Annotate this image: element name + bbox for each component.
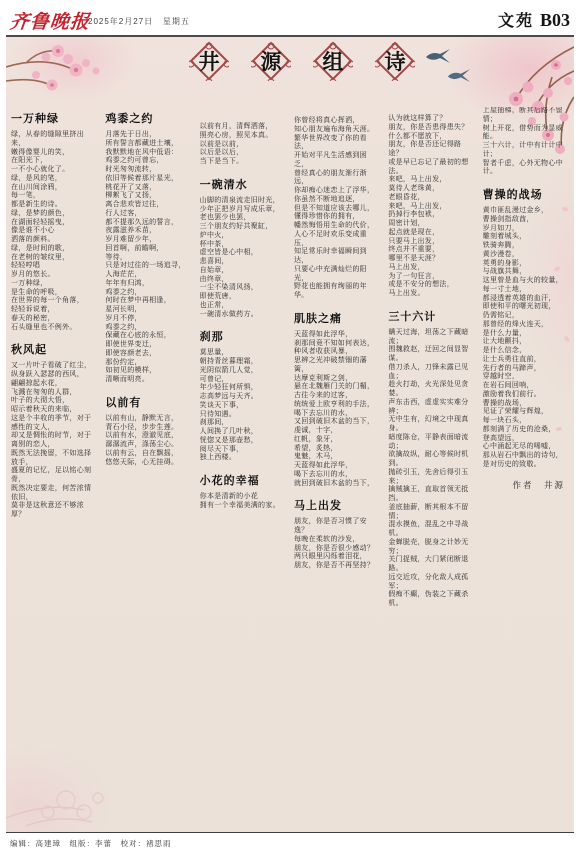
- poem-line: 人海茫茫，: [105, 271, 191, 280]
- section-name: 文苑: [498, 13, 534, 30]
- poem-line: 刹那间竟不知如何表达，: [294, 340, 380, 349]
- poem-block: 鸡黍之约月落先于日出，所有誓言都藏进土壤，我默默地在风中低语：鸡黍之约可曾忘，时…: [105, 110, 191, 385]
- poem-line: 等待，: [105, 254, 191, 263]
- newspaper-logo: 齐鲁晚报: [9, 7, 92, 34]
- poem-line: 即使和平的曙光初现，: [483, 303, 569, 312]
- poem-line: 心中涌起无尽的唏嘘，: [483, 443, 569, 452]
- poem-block: 上屋抽梯，断其后路不留情；树上开花，借势而为显威能。三十六计，计中有计计中计；智…: [483, 107, 569, 177]
- poem-line: 可曾记，: [200, 376, 286, 385]
- poem-line: 都是新生的诗。: [11, 201, 97, 210]
- poem-line: 喝下去忘川的水，: [294, 410, 380, 419]
- poem-column: 一万种绿绿，从春的缝隙里挤出来，嫩得像婴儿的笑，在阳光下，一不小心就化了。绿，是…: [11, 107, 97, 802]
- poem-line: 恍惚又是那壶愁，: [200, 437, 286, 446]
- poem-line: 这是个丰收的季节，对于感性的文人，: [11, 415, 97, 433]
- poem-column: 你曾经将真心挥洒，知心朋友遍布海角天涯。繁华世界改变了你的看法，开始对平凡生活感…: [294, 107, 380, 802]
- poem-line: 少年正把岁月写成乐章，: [200, 206, 286, 215]
- poem-line: 即使世界变迁，: [105, 341, 191, 350]
- poem-line: 在岩石间回响，: [483, 382, 569, 391]
- poem-line: 行人过客，: [105, 210, 191, 219]
- poem-line: 轻轻诉说着，: [11, 306, 97, 315]
- poem-line: 如初见的模样，: [105, 367, 191, 376]
- poem-line: 以前有云，自在飘摇，: [105, 450, 191, 459]
- masthead-char: 组: [313, 41, 353, 81]
- poem-line: 绿，是梦的颜色，: [11, 210, 97, 219]
- poem-line: 三十六计，计中有计计中计；: [483, 142, 569, 160]
- poem-line: 这里曾是血与火的较量，: [483, 277, 569, 286]
- poem-line: 瞒天过海，坦荡之下藏暗流；: [388, 329, 474, 347]
- poem-line: 每一块石头，: [483, 417, 569, 426]
- poem-columns: 一万种绿绿，从春的缝隙里挤出来，嫩得像婴儿的笑，在阳光下，一不小心就化了。绿，是…: [11, 107, 569, 802]
- swallow-icon: [424, 49, 450, 65]
- poem-line: 古往今来的过客，: [294, 392, 380, 401]
- poem-column: 上屋抽梯，断其后路不留情；树上开花，借势而为显威能。三十六计，计中有计计中计；智…: [483, 107, 569, 802]
- poem-line: 轻轻哼唱: [11, 262, 97, 271]
- masthead-char: 诗: [375, 41, 415, 81]
- poem-line: 激励着我们前行。: [483, 391, 569, 400]
- poem-line: 清晰而明亮。: [105, 376, 191, 385]
- poem-line: 时光匆匆流转，: [105, 166, 191, 175]
- poem-line: 夜露滋养禾苗，: [105, 227, 191, 236]
- poem-line: 桃花开了又落，: [105, 184, 191, 193]
- page-header: 齐鲁晚报 2025年2月27日 星期五 文苑B03: [0, 0, 580, 36]
- poem-line: 每晚在柔软的沙发，: [294, 536, 380, 545]
- poem-line: 既然无法挽留，不如选择放手，: [11, 450, 97, 468]
- poem-block: 一碗清水山脚的清泉流走旧时光，少年正把岁月写成乐章，老也罢少也罢，三个朋友约好共…: [200, 176, 286, 320]
- poem-line: 刹那间，: [200, 419, 286, 428]
- poem-line: 保藏在心底的永恒，: [105, 332, 191, 341]
- poem-line: 假痴不癫，伪装之下藏杀机。: [388, 591, 474, 609]
- poem-line: 年少轻狂何所惧，: [200, 384, 286, 393]
- poem-line: 釜底抽薪，断其根本不留情；: [388, 504, 474, 522]
- poem-line: 鸡黍之约，: [105, 324, 191, 333]
- poem-line: 与战旗共舞，: [483, 268, 569, 277]
- poem-line: 潺潺流声，涤荡尘心。: [105, 441, 191, 450]
- poem-title: 一万种绿: [11, 110, 97, 126]
- poem-line: 朋友，你是否不再坚持？: [294, 562, 380, 571]
- poem-title: 以前有: [105, 394, 191, 410]
- poem-title: 秋风起: [11, 341, 97, 357]
- poem-line: 又回到破旧木盆的当下，: [294, 418, 380, 427]
- poem-title: 小花的幸福: [200, 472, 286, 488]
- poem-line: 是生命的呼吸，: [11, 289, 97, 298]
- poem-block: 以前有月，清辉洒落，照亮心房，照见本真。以前是以前，以后是以后，当下是当下。: [200, 123, 286, 167]
- poem-line: 鬼魅，木马，: [294, 453, 380, 462]
- poem-line: 洒落的颜料。: [11, 236, 97, 245]
- poem-line: 达摩克利斯之剑，: [294, 375, 380, 384]
- poem-line: 知心朋友遍布海角天涯。: [294, 126, 380, 135]
- poem-line: 认为就这样算了？: [388, 115, 474, 124]
- poem-line: 你却痴心迷恋上了浮华，: [294, 187, 380, 196]
- poem-block: 马上出发朋友，你是否习惯了安逸？每晚在柔软的沙发，朋友，你是否很少感动？两只眼里…: [294, 497, 380, 571]
- poem-line: 也正常，: [200, 302, 286, 311]
- poem-line: 莫待人老珠黄，: [388, 185, 474, 194]
- poem-line: 黄巾匪乱漫过金乡，: [483, 207, 569, 216]
- poem-line: 拥有一个幸福美满的家。: [200, 502, 286, 511]
- poem-line: 借刀杀人，刀锋未露已见血；: [388, 364, 474, 382]
- poem-line: 见证了荣耀与辉煌，: [483, 408, 569, 417]
- poem-line: 或是不安分的想法，: [388, 281, 474, 290]
- diamond-ornament: 组: [313, 41, 353, 81]
- poem-block: 三十六计瞒天过海，坦荡之下藏暗流；围魏救赵，迂回之间显智谋。借刀杀人，刀锋未露已…: [388, 308, 474, 609]
- poem-line: 以后是以后，: [200, 149, 286, 158]
- masthead-title: 井 源 组 诗: [189, 41, 415, 81]
- poem-line: 思辨之光冲破禁锢的藩篱，: [294, 357, 380, 375]
- poem-line: 炉中火，: [200, 232, 286, 241]
- poem-line: 终点并不重要，: [388, 246, 474, 255]
- poem-column: 鸡黍之约月落先于日出，所有誓言都藏进土壤，我默默地在风中低语：鸡黍之约可曾忘，时…: [105, 107, 191, 802]
- poem-line: 在湖面轻轻摇曳，: [11, 219, 97, 228]
- poem-line: 天蓝得如此浮华，: [294, 331, 380, 340]
- poem-block: 一万种绿绿，从春的缝隙里挤出来，嫩得像婴儿的笑，在阳光下，一不小心就化了。绿，是…: [11, 110, 97, 332]
- poem-line: 阅尽天下事，: [200, 446, 286, 455]
- poem-line: 一碗清水做药方。: [200, 311, 286, 320]
- poem-line: 昭示着秋天的来临，: [11, 406, 97, 415]
- poem-line: 树上开花，借势而为显威能。: [483, 125, 569, 143]
- poem-line: 都刻满了历史的沧桑，: [483, 426, 569, 435]
- poem-line: 你曾经将真心挥洒，: [294, 117, 380, 126]
- poem-line: 每一笔，: [11, 192, 97, 201]
- poem-line: 老也罢少也罢，: [200, 214, 286, 223]
- poem-line: 两只眼里闪烁着泪花，: [294, 553, 380, 562]
- poem-line: 雕刻着城头，: [483, 233, 569, 242]
- poem-line: 杯中茶，: [200, 241, 286, 250]
- poem-line: 幡然悔悟用生命的代价，: [294, 222, 380, 231]
- poem-line: 擒贼擒王，直取首领无抵挡。: [388, 486, 474, 504]
- poem-line: 先行者的马蹄声，: [483, 365, 569, 374]
- weekday-text: 星期五: [163, 17, 190, 26]
- poem-block: 曹操的战场黄巾匪乱漫过金乡，曹操剑指敌酋，岁月如刀，雕刻着城头，铁骑奔腾，黄沙漫…: [483, 186, 569, 470]
- poem-line: 朝持青丝暮理霜，: [200, 358, 286, 367]
- poem-line: 独上西楼。: [200, 454, 286, 463]
- poem-line: 鸡黍之约可曾忘，: [105, 157, 191, 166]
- poem-line: 绿，是风的笔，: [11, 175, 97, 184]
- poem-line: 一不小心就化了。: [11, 166, 97, 175]
- date-text: 2025年2月27日: [88, 17, 153, 26]
- poem-line: 都浸透着英雄的血汗，: [483, 295, 569, 304]
- poem-line: 又一片叶子看破了红尘，: [11, 362, 97, 371]
- poem-line: 黄沙漫卷，: [483, 251, 569, 260]
- poem-line: 天蓝得如此浮华，: [294, 462, 380, 471]
- poem-line: 声东击西，虚虚实实难分辨；: [388, 399, 474, 417]
- page-footer: 编辑：高建璋 组版：李蕾 校对：褚思雨: [0, 833, 580, 852]
- poem-line: 所有誓言都藏进土壤，: [105, 140, 191, 149]
- poem-line: 你本是清新的小花: [200, 493, 286, 502]
- poem-line: 回首啊，前瞻啊，: [105, 245, 191, 254]
- poem-line: 光阴似箭几人觉，: [200, 367, 286, 376]
- poem-line: 曹操剑指敌酋，: [483, 216, 569, 225]
- poem-line: 仍需铭记，: [483, 312, 569, 321]
- poem-line: 每一寸土地，: [483, 286, 569, 295]
- poem-line: 翩翩掠起水花，: [11, 380, 97, 389]
- poem-line: 是什么力量，: [483, 330, 569, 339]
- poem-line: 离合悲欢皆过往，: [105, 201, 191, 210]
- diamond-ornament: 井: [189, 41, 229, 81]
- poem-column: 以前有月，清辉洒落，照亮心房，照见本真。以前是以前，以后是以后，当下是当下。一碗…: [200, 107, 286, 802]
- poem-line: 只要马上出发，: [388, 238, 474, 247]
- poem-line: 那从岩石中飘出的诗句，: [483, 452, 569, 461]
- poem-line: 岁月难留少年，: [105, 236, 191, 245]
- poem-line: 种风者收获风暴，: [294, 348, 380, 357]
- section-header: 文苑B03: [498, 8, 570, 31]
- author-attribution: 作者 井源: [483, 479, 569, 491]
- poem-line: 一尘不染清风扬，: [200, 284, 286, 293]
- poem-line: 为了一句狂言，: [388, 273, 474, 282]
- poem-line: 人间换了几叶秋，: [200, 428, 286, 437]
- poem-line: 登高望远，: [483, 435, 569, 444]
- poem-line: 繁华世界改变了你的看法，: [294, 135, 380, 153]
- poem-line: 岁月的悠长。: [11, 271, 97, 280]
- poem-title: 刹那: [200, 328, 286, 344]
- poem-line: 围魏救赵，迂回之间显智谋。: [388, 346, 474, 364]
- poem-line: 纵身跃入瑟瑟的西风，: [11, 371, 97, 380]
- poem-block: 肌肤之痛天蓝得如此浮华，刹那间竟不知如何表达，种风者收获风暴，思辨之光冲破禁锢的…: [294, 310, 380, 489]
- poem-line: 以前是以前，: [200, 141, 286, 150]
- poem-line: 虚空皆是心中相，: [200, 249, 286, 258]
- editor-credits: 编辑：高建璋 组版：李蕾 校对：褚思雨: [10, 838, 172, 849]
- poem-line: 当下是当下。: [200, 158, 286, 167]
- poem-line: 在阳光下，: [11, 157, 97, 166]
- poem-line: 绿，从春的缝隙里挤出来，: [11, 131, 97, 149]
- poem-line: 山脚的清泉流走旧时光，: [200, 197, 286, 206]
- poem-line: 来吧，马上出发，: [388, 176, 474, 185]
- poem-line: 以前有月，清辉洒落，: [200, 123, 286, 132]
- poem-line: 曹操的战场，: [483, 400, 569, 409]
- poem-line: 让士兵勇往直前，: [483, 356, 569, 365]
- poem-line: 红帆，象牙，: [294, 436, 380, 445]
- poem-line: 是什么信念，: [483, 347, 569, 356]
- poem-line: 志高梦远与天齐。: [200, 393, 286, 402]
- poem-line: 以前有山，静默无言，: [105, 415, 191, 424]
- poem-line: 趁火打劫，火光深处见贪婪。: [388, 381, 474, 399]
- poem-line: 知足常乐时幸福瞬间到达，: [294, 248, 380, 266]
- poem-line: 马上出发。: [388, 290, 474, 299]
- poem-line: 笑谈天下事，: [200, 402, 286, 411]
- poem-line: 上屋抽梯，断其后路不留情；: [483, 107, 569, 125]
- poem-line: 欲擒故纵，耐心等候时机到。: [388, 451, 474, 469]
- poem-line: 关门捉贼，大门紧闭断退路。: [388, 556, 474, 574]
- poem-line: 年年有归鸿，: [105, 280, 191, 289]
- poem-line: 悬在北魏雁门关的门楣，: [294, 383, 380, 392]
- poem-line: 自始章，: [200, 267, 286, 276]
- poem-line: 星河长明，: [105, 306, 191, 315]
- poem-line: 马上出发，: [388, 264, 474, 273]
- poem-line: 朋友，你是否很少感动？: [294, 545, 380, 554]
- poem-line: 何时在梦中再相逢，: [105, 297, 191, 306]
- poem-line: 岁月不停，: [105, 315, 191, 324]
- poem-line: 一万种绿，: [11, 280, 97, 289]
- poem-line: 只要心中充满灿烂的阳光，: [294, 266, 380, 284]
- poem-line: 或是早已忘记了最初的想法。: [388, 159, 474, 177]
- poem-line: 希望，炙热，: [294, 445, 380, 454]
- poem-block: 小花的幸福你本是清新的小花拥有一个幸福美满的家。: [200, 472, 286, 511]
- poem-line: 朋友，你是否还记得路途？: [388, 141, 474, 159]
- poem-line: 曾经真心的朋友渐行渐远，: [294, 170, 380, 188]
- poem-line: 朋友，你是否习惯了安逸？: [294, 518, 380, 536]
- poem-line: 喝下去忘川的水，: [294, 471, 380, 480]
- poem-line: 抛砖引玉，先舍后得引玉来；: [388, 469, 474, 487]
- poem-line: 但是不知道应该去哪儿，: [294, 205, 380, 214]
- poem-line: 岁月如刀，: [483, 225, 569, 234]
- poem-line: 依旧等候着那片星光，: [105, 175, 191, 184]
- poem-line: 盛夏的记忆，足以铭心刻骨，: [11, 467, 97, 485]
- poem-line: 无中生有，幻境之中现真身。: [388, 416, 474, 434]
- poem-block: 认为就这样算了？朋友，你是否患得患失？什么都不愿放下，朋友，你是否还记得路途？或…: [388, 115, 474, 299]
- poem-title: 曹操的战场: [483, 186, 569, 202]
- poem-line: 远交近攻，分化敌人成孤军；: [388, 574, 474, 592]
- poem-line: 照亮心房，照见本真。: [200, 132, 286, 141]
- poem-line: 周密计划，: [388, 220, 474, 229]
- dateline: 2025年2月27日 星期五: [88, 16, 190, 27]
- poem-line: 柳絮飞了又扬，: [105, 192, 191, 201]
- poem-line: 那曾经的烽火连天，: [483, 321, 569, 330]
- poem-line: 来吧，马上出发，: [388, 203, 474, 212]
- poem-column: 认为就这样算了？朋友，你是否患得患失？什么都不愿放下，朋友，你是否还记得路途？或…: [388, 107, 474, 802]
- page-number: B03: [540, 10, 570, 30]
- poem-line: 既然决定要走，何苦浓情依旧，: [11, 485, 97, 503]
- poem-line: 朋友，你是否患得患失？: [388, 124, 474, 133]
- poem-line: 在山川间涂鸦，: [11, 184, 97, 193]
- poem-line: 统统爱上欧亨利的手法，: [294, 401, 380, 410]
- poem-line: 英勇的身影，: [483, 260, 569, 269]
- poem-line: 鸡黍之约，: [105, 289, 191, 298]
- poem-line: 只待知遇。: [200, 411, 286, 420]
- poem-line: 像是谁不小心: [11, 227, 97, 236]
- poem-line: 那份约定，: [105, 359, 191, 368]
- poem-line: 青石小径，步步生莲。: [105, 424, 191, 433]
- masthead-char: 源: [251, 41, 291, 81]
- poem-block: 刹那莫思量，朝持青丝暮理霜，光阴似箭几人觉，可曾记，年少轻狂何所惧，志高梦远与天…: [200, 328, 286, 463]
- poem-line: 由终章，: [200, 276, 286, 285]
- poem-line: 嫩得像婴儿的笑，: [11, 149, 97, 158]
- poem-line: 就回到破旧木盆的当下，: [294, 480, 380, 489]
- poem-line: 叶子的大彻大悟，: [11, 397, 97, 406]
- poem-line: 春天的秘密，: [11, 315, 97, 324]
- poem-line: 让大地颤抖，: [483, 338, 569, 347]
- poem-line: 哪里不是天涯？: [388, 255, 474, 264]
- poem-line: 起点就是现在，: [388, 229, 474, 238]
- poem-line: 以前有水，澄澈见底，: [105, 432, 191, 441]
- poem-line: 人心不足时欢乐变成重压，: [294, 231, 380, 249]
- poem-line: 都不提那久远的誓言，: [105, 219, 191, 228]
- poem-line: 穿越时空，: [483, 373, 569, 382]
- poem-line: 即使容颜老去，: [105, 350, 191, 359]
- poem-block: 秋风起又一片叶子看破了红尘，纵身跃入瑟瑟的西风，翩翩掠起水花，飞溅在匆匆的人群，…: [11, 341, 97, 520]
- poem-block: 以前有以前有山，静默无言，青石小径，步步生莲。以前有水，澄澈见底，潺潺流声，涤荡…: [105, 394, 191, 468]
- poem-line: 什么都不愿放下，: [388, 133, 474, 142]
- diamond-ornament: 源: [251, 41, 291, 81]
- poem-line: 在世界的每一个角落，: [11, 297, 97, 306]
- poem-line: 开始对平凡生活感到困乏，: [294, 152, 380, 170]
- poem-line: 我默默地在风中低语：: [105, 149, 191, 158]
- poem-line: 扔掉行李包袱，: [388, 211, 474, 220]
- poem-title: 马上出发: [294, 497, 380, 513]
- poem-line: 虔诚，十字，: [294, 427, 380, 436]
- poem-line: 你虽然不断地追逐，: [294, 196, 380, 205]
- poem-line: 懂得珍惜你的拥有，: [294, 213, 380, 222]
- diamond-ornament: 诗: [375, 41, 415, 81]
- poem-line: 莫非是这秋意还不够浓厚？: [11, 502, 97, 520]
- masthead-char: 井: [189, 41, 229, 81]
- poem-line: 老眼昏花，: [388, 194, 474, 203]
- poem-line: 悲喜间，: [200, 258, 286, 267]
- poem-line: 智者千虑，心外无物心中计。: [483, 160, 569, 178]
- poem-block: 你曾经将真心挥洒，知心朋友遍布海角天涯。繁华世界改变了你的看法，开始对平凡生活感…: [294, 117, 380, 301]
- poem-line: 悠悠天际，心无挂碍。: [105, 459, 191, 468]
- poem-line: 是对历史的致敬。: [483, 461, 569, 470]
- poem-line: 月落先于日出，: [105, 131, 191, 140]
- newspaper-page: 齐鲁晚报 2025年2月27日 星期五 文苑B03: [0, 0, 580, 852]
- poem-line: 混水摸鱼，混乱之中寻战机。: [388, 521, 474, 539]
- poem-line: 暗度陈仓，平静表面暗流动；: [388, 434, 474, 452]
- poem-line: 莫思量，: [200, 349, 286, 358]
- poem-line: 却又是惆怅的时节，对于离别的恋人，: [11, 432, 97, 450]
- poem-line: 金蝉脱壳，脱身之计妙无穷；: [388, 539, 474, 557]
- poem-title: 三十六计: [388, 308, 474, 324]
- swallow-icon: [446, 69, 470, 84]
- poem-line: 铁骑奔腾，: [483, 242, 569, 251]
- poem-line: 石头缝里也不例外。: [11, 324, 97, 333]
- content-sheet: 井 源 组 诗 一万种绿绿，从春的缝隙里挤出来，嫩得像婴儿的笑，在阳光下，一不小…: [6, 37, 574, 832]
- poem-line: 三个朋友约好共聚缸，: [200, 223, 286, 232]
- poem-line: 即使荒唐，: [200, 293, 286, 302]
- poem-line: 绿，是时间的歌，: [11, 245, 97, 254]
- poem-title: 肌肤之痛: [294, 310, 380, 326]
- poem-line: 在老树的皱纹里，: [11, 254, 97, 263]
- poem-line: 只是对过往的一场追寻，: [105, 262, 191, 271]
- poem-title: 一碗清水: [200, 176, 286, 192]
- poem-line: 飞溅在匆匆的人群，: [11, 389, 97, 398]
- poem-title: 鸡黍之约: [105, 110, 191, 126]
- poem-line: 野花也能拥有绚丽的年华。: [294, 283, 380, 301]
